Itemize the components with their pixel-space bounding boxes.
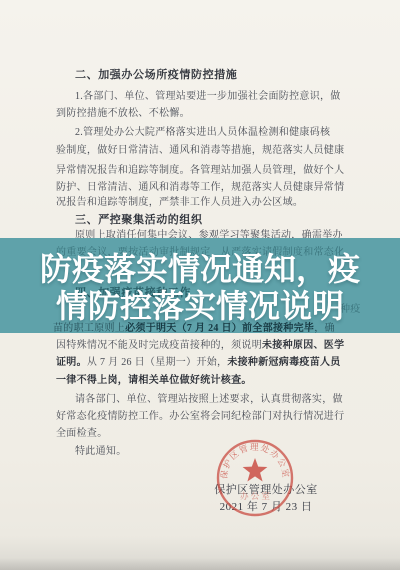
- doc-line: 2.管理处办公大院严格落实进出人员体温检测和健康码核: [75, 123, 330, 138]
- doc-line: 1.各部门、单位、管理站要进一步加强社会面防控意识，做: [75, 87, 341, 102]
- seal-star-icon: [243, 458, 268, 482]
- caption-overlay-band: 的重要会议，要按活动审批制规定，从严落实请假制度和常态化 四、加强疫苗接种工作 …: [0, 238, 400, 333]
- doc-line: 全面检查。: [56, 424, 108, 439]
- doc-line: 一律不得上岗，请相关单位做好统计核查。: [56, 371, 252, 386]
- doc-text: 因特殊情况不能及时完成疫苗接种的，须说明: [56, 340, 262, 351]
- notice-photo: 二、加强办公场所疫情防控措施 1.各部门、单位、管理站要进一步加强社会面防控意识…: [0, 0, 400, 570]
- closing-line: 特此通知。: [75, 442, 127, 457]
- doc-line: 防护、日常清洁、通风和消毒等工作，规范落实人员健康异常情: [56, 178, 344, 193]
- doc-line: 验制度，做好日常清洁、通风和消毒等措施，规范落实人员健康: [56, 141, 344, 156]
- doc-line: 证明。从 7 月 26 日（星期一）开始，未接种新冠病毒疫苗人员: [56, 353, 341, 368]
- doc-line: 异常情况报告和追踪等制度。各管理站加强人员管理，做好个人: [56, 161, 344, 176]
- doc-text-bold: 未接种新冠病毒疫苗人员: [227, 357, 340, 368]
- doc-line: 因特殊情况不能及时完成疫苗接种的，须说明未接种原因、医学: [56, 336, 344, 351]
- caption-line-1: 防疫落实情况通知，疫: [0, 251, 400, 288]
- doc-text-bold: 一律不得上岗，: [56, 375, 128, 386]
- doc-line: 好常态化疫情防控工作。办公室将会同纪检部门对执行情况进行: [56, 407, 344, 422]
- doc-text-bold: 未接种原因、医学: [262, 340, 344, 351]
- section-3-heading: 三、严控聚集活动的组织: [75, 211, 203, 227]
- official-seal: 保护区管理处办公室 办 公 室: [205, 428, 305, 528]
- seal-ring: [218, 441, 292, 515]
- doc-line: 况报告和追踪等制度，严禁非工作人员进入办公区域。: [56, 193, 303, 208]
- photo-edge-shadow: [0, 558, 400, 570]
- doc-text: 从 7 月 26 日（星期一）开始，: [87, 357, 227, 368]
- caption-line-2: 情防控落实情况说明: [0, 288, 400, 325]
- doc-line: 到防控措施不放松、不松懈。: [56, 104, 190, 119]
- doc-text-bold: 证明。: [56, 357, 87, 368]
- seal-bottom-text: 办 公 室: [240, 491, 270, 501]
- doc-text-bold: 请相关单位做好统计核查。: [128, 375, 252, 386]
- doc-line: 请各部门、单位、管理站按照上述要求，认真贯彻落实，做: [75, 390, 343, 405]
- caption-text: 防疫落实情况通知，疫 情防控落实情况说明: [0, 251, 400, 325]
- section-2-heading: 二、加强办公场所疫情防控措施: [75, 66, 237, 82]
